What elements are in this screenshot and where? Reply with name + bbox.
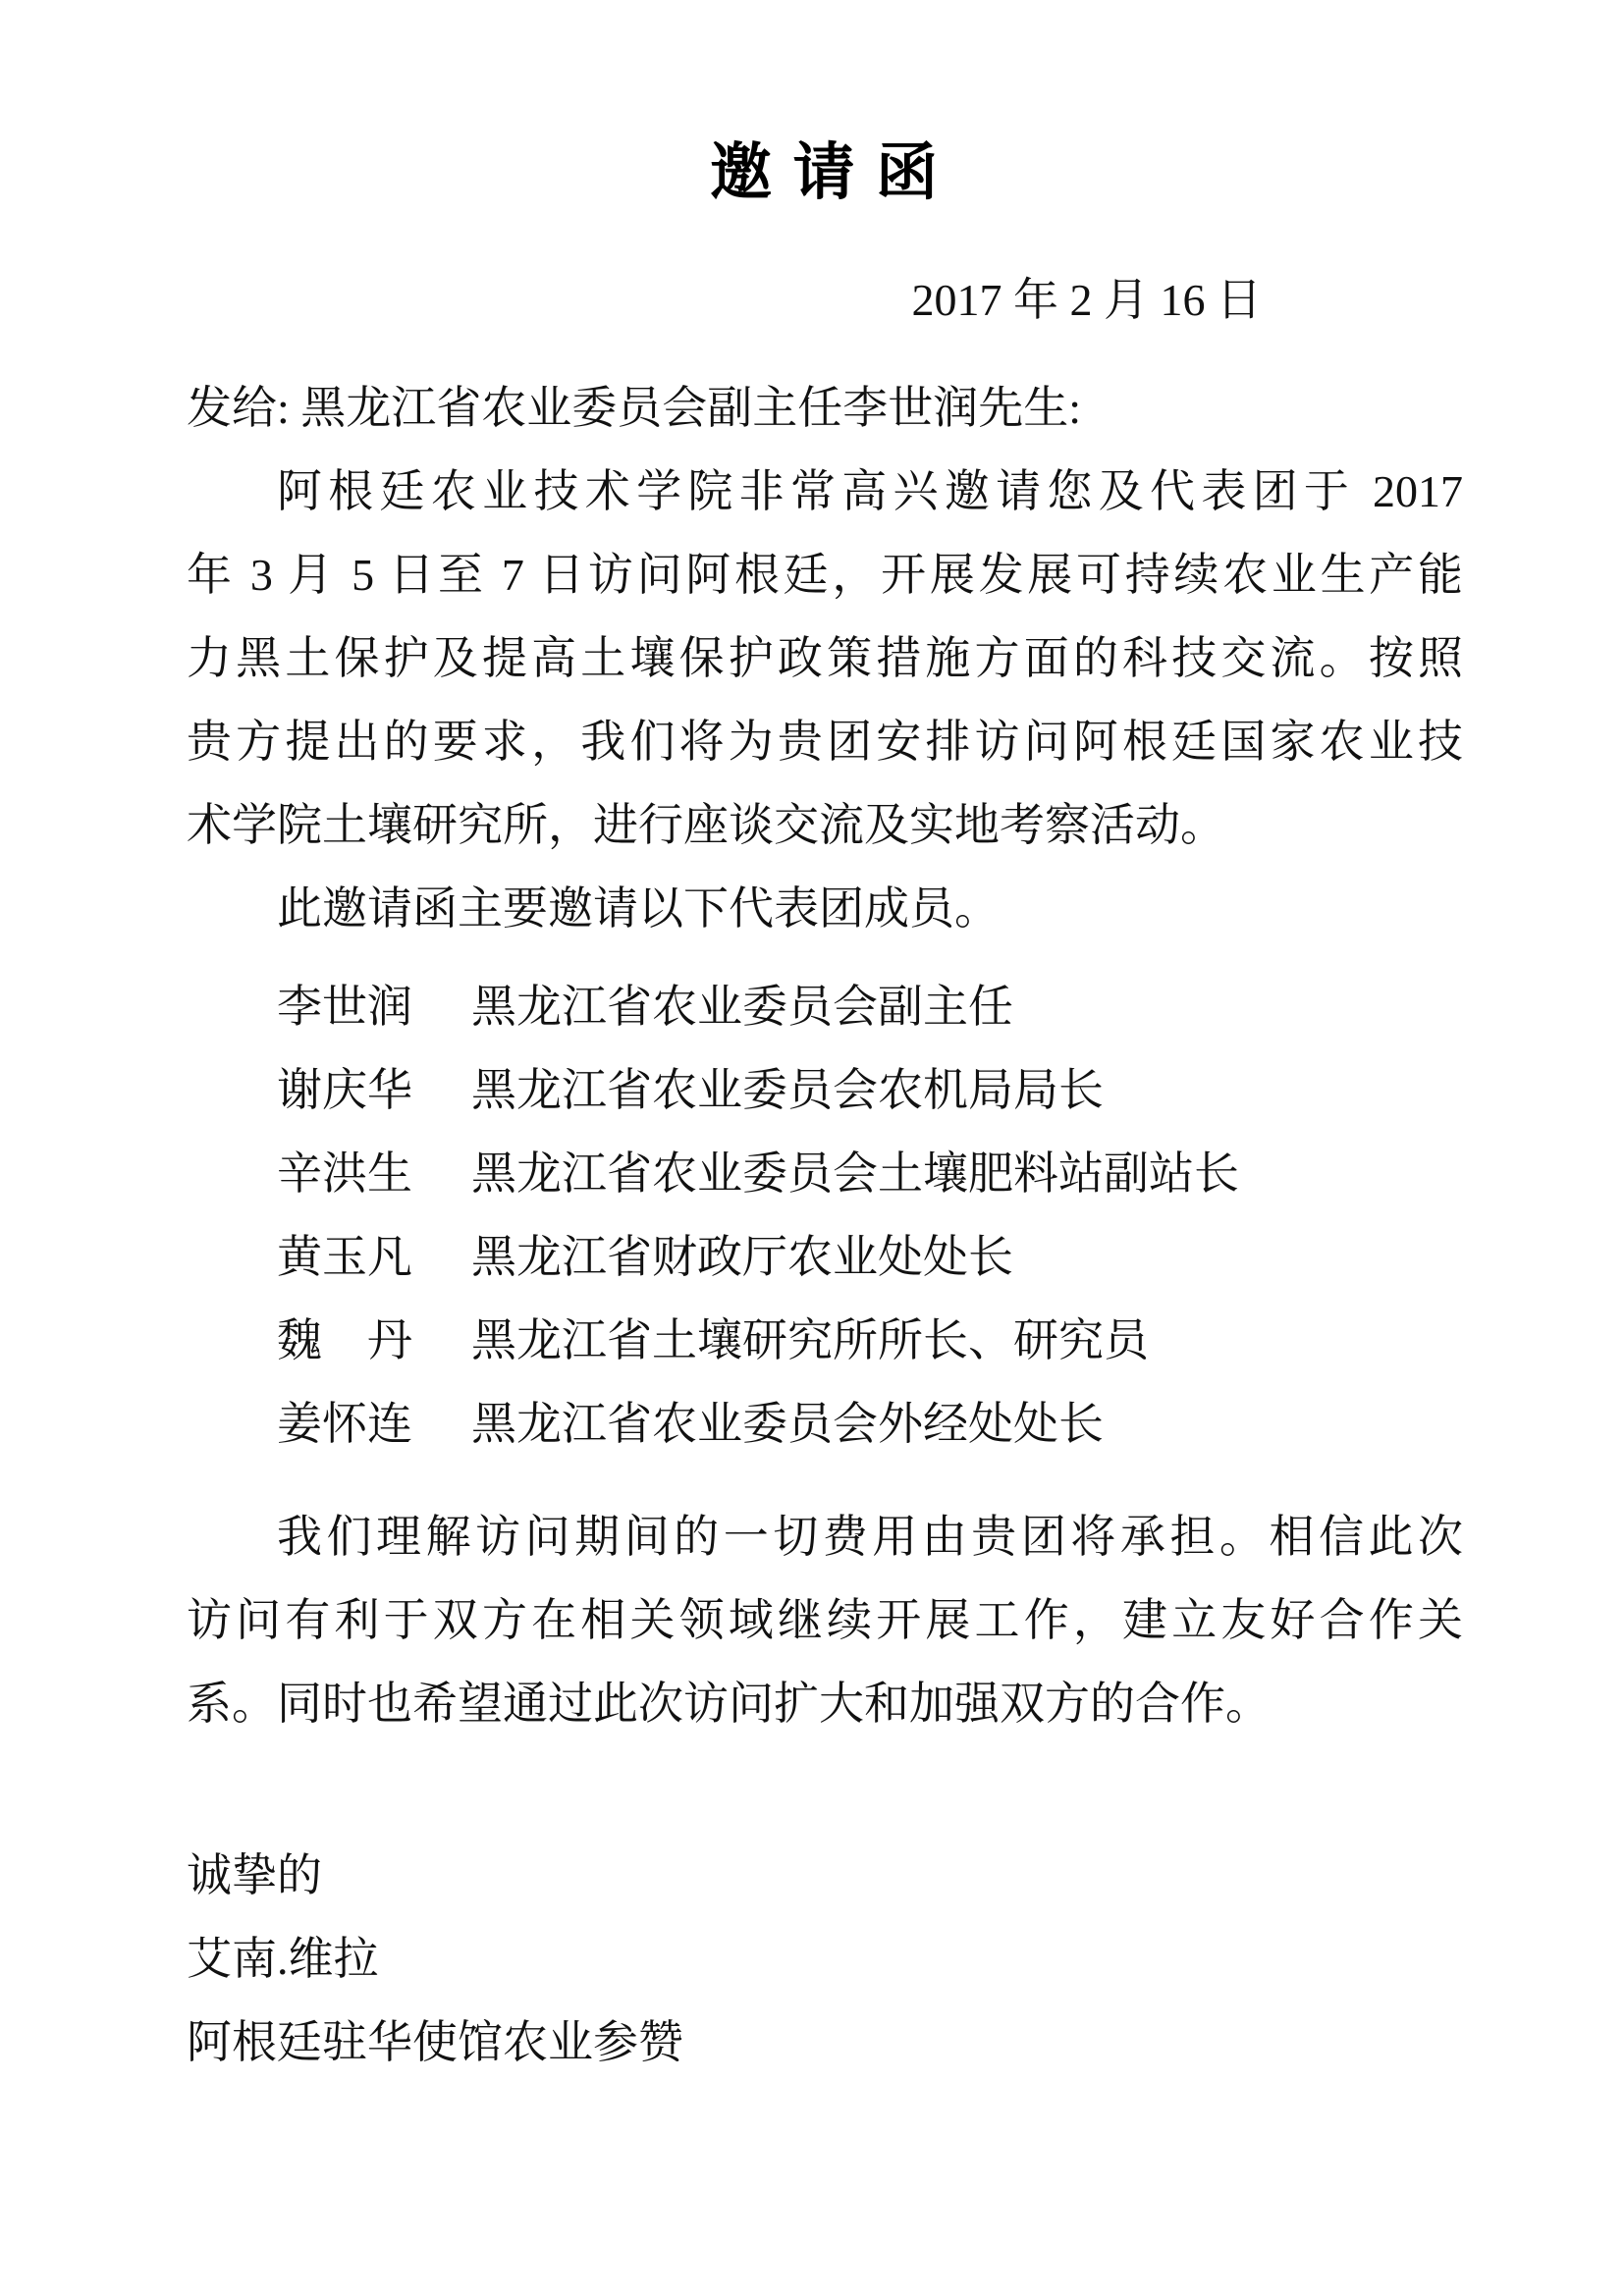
member-row: 魏 丹 黑龙江省土壤研究所所长、研究员 bbox=[187, 1299, 1463, 1382]
member-row: 谢庆华 黑龙江省农业委员会农机局局长 bbox=[187, 1048, 1463, 1132]
paragraph-line: 贵方提出的要求，我们将为贵团安排访问阿根廷国家农业技 bbox=[187, 700, 1463, 783]
member-row: 辛洪生 黑龙江省农业委员会土壤肥料站副站长 bbox=[187, 1132, 1463, 1215]
paragraph-line: 此邀请函主要邀请以下代表团成员。 bbox=[187, 867, 1463, 950]
member-name: 李世润 bbox=[277, 965, 471, 1048]
paragraph-line: 年 3 月 5 日至 7 日访问阿根廷，开展发展可持续农业生产能 bbox=[187, 533, 1463, 616]
document-date: 2017 年 2 月 16 日 bbox=[187, 258, 1463, 342]
member-row: 姜怀连 黑龙江省农业委员会外经处处长 bbox=[187, 1382, 1463, 1466]
paragraph-line: 力黑土保护及提高土壤保护政策措施方面的科技交流。按照 bbox=[187, 616, 1463, 700]
paragraph-line: 阿根廷农业技术学院非常高兴邀请您及代表团于 2017 bbox=[187, 450, 1463, 533]
member-name: 谢庆华 bbox=[277, 1048, 471, 1132]
member-title: 黑龙江省财政厅农业处处长 bbox=[471, 1215, 1013, 1299]
paragraph-line: 术学院土壤研究所，进行座谈交流及实地考察活动。 bbox=[187, 783, 1463, 867]
member-name: 姜怀连 bbox=[277, 1382, 471, 1466]
paragraph-invitation: 阿根廷农业技术学院非常高兴邀请您及代表团于 2017 年 3 月 5 日至 7 … bbox=[187, 450, 1463, 867]
closing-salute: 诚挚的 bbox=[187, 1834, 1463, 1917]
member-name: 黄玉凡 bbox=[277, 1215, 471, 1299]
member-row: 李世润 黑龙江省农业委员会副主任 bbox=[187, 965, 1463, 1048]
letter-page: 邀 请 函 2017 年 2 月 16 日 发给: 黑龙江省农业委员会副主任李世… bbox=[0, 0, 1624, 2296]
paragraph-line: 访问有利于双方在相关领域继续开展工作，建立友好合作关 bbox=[187, 1578, 1463, 1662]
member-title: 黑龙江省农业委员会农机局局长 bbox=[471, 1048, 1104, 1132]
letter-content: 邀 请 函 2017 年 2 月 16 日 发给: 黑龙江省农业委员会副主任李世… bbox=[0, 142, 1624, 2084]
member-title: 黑龙江省农业委员会外经处处长 bbox=[471, 1382, 1104, 1466]
document-title: 邀 请 函 bbox=[187, 142, 1463, 204]
member-title: 黑龙江省农业委员会副主任 bbox=[471, 965, 1013, 1048]
delegation-member-list: 李世润 黑龙江省农业委员会副主任 谢庆华 黑龙江省农业委员会农机局局长 辛洪生 … bbox=[187, 965, 1463, 1466]
salutation-line: 发给: 黑龙江省农业委员会副主任李世润先生: bbox=[187, 366, 1463, 450]
closing-block: 诚挚的 艾南.维拉 阿根廷驻华使馆农业参赞 bbox=[187, 1834, 1463, 2084]
member-row: 黄玉凡 黑龙江省财政厅农业处处长 bbox=[187, 1215, 1463, 1299]
member-title: 黑龙江省土壤研究所所长、研究员 bbox=[471, 1299, 1149, 1382]
paragraph-members-intro: 此邀请函主要邀请以下代表团成员。 bbox=[187, 867, 1463, 950]
member-name: 辛洪生 bbox=[277, 1132, 471, 1215]
member-name: 魏 丹 bbox=[277, 1299, 471, 1382]
paragraph-line: 系。同时也希望通过此次访问扩大和加强双方的合作。 bbox=[187, 1662, 1463, 1745]
signer-title: 阿根廷驻华使馆农业参赞 bbox=[187, 2001, 1463, 2084]
member-title: 黑龙江省农业委员会土壤肥料站副站长 bbox=[471, 1132, 1239, 1215]
paragraph-line: 我们理解访问期间的一切费用由贵团将承担。相信此次 bbox=[187, 1495, 1463, 1578]
signer-name: 艾南.维拉 bbox=[187, 1917, 1463, 2001]
paragraph-costs-cooperation: 我们理解访问期间的一切费用由贵团将承担。相信此次 访问有利于双方在相关领域继续开… bbox=[187, 1495, 1463, 1745]
